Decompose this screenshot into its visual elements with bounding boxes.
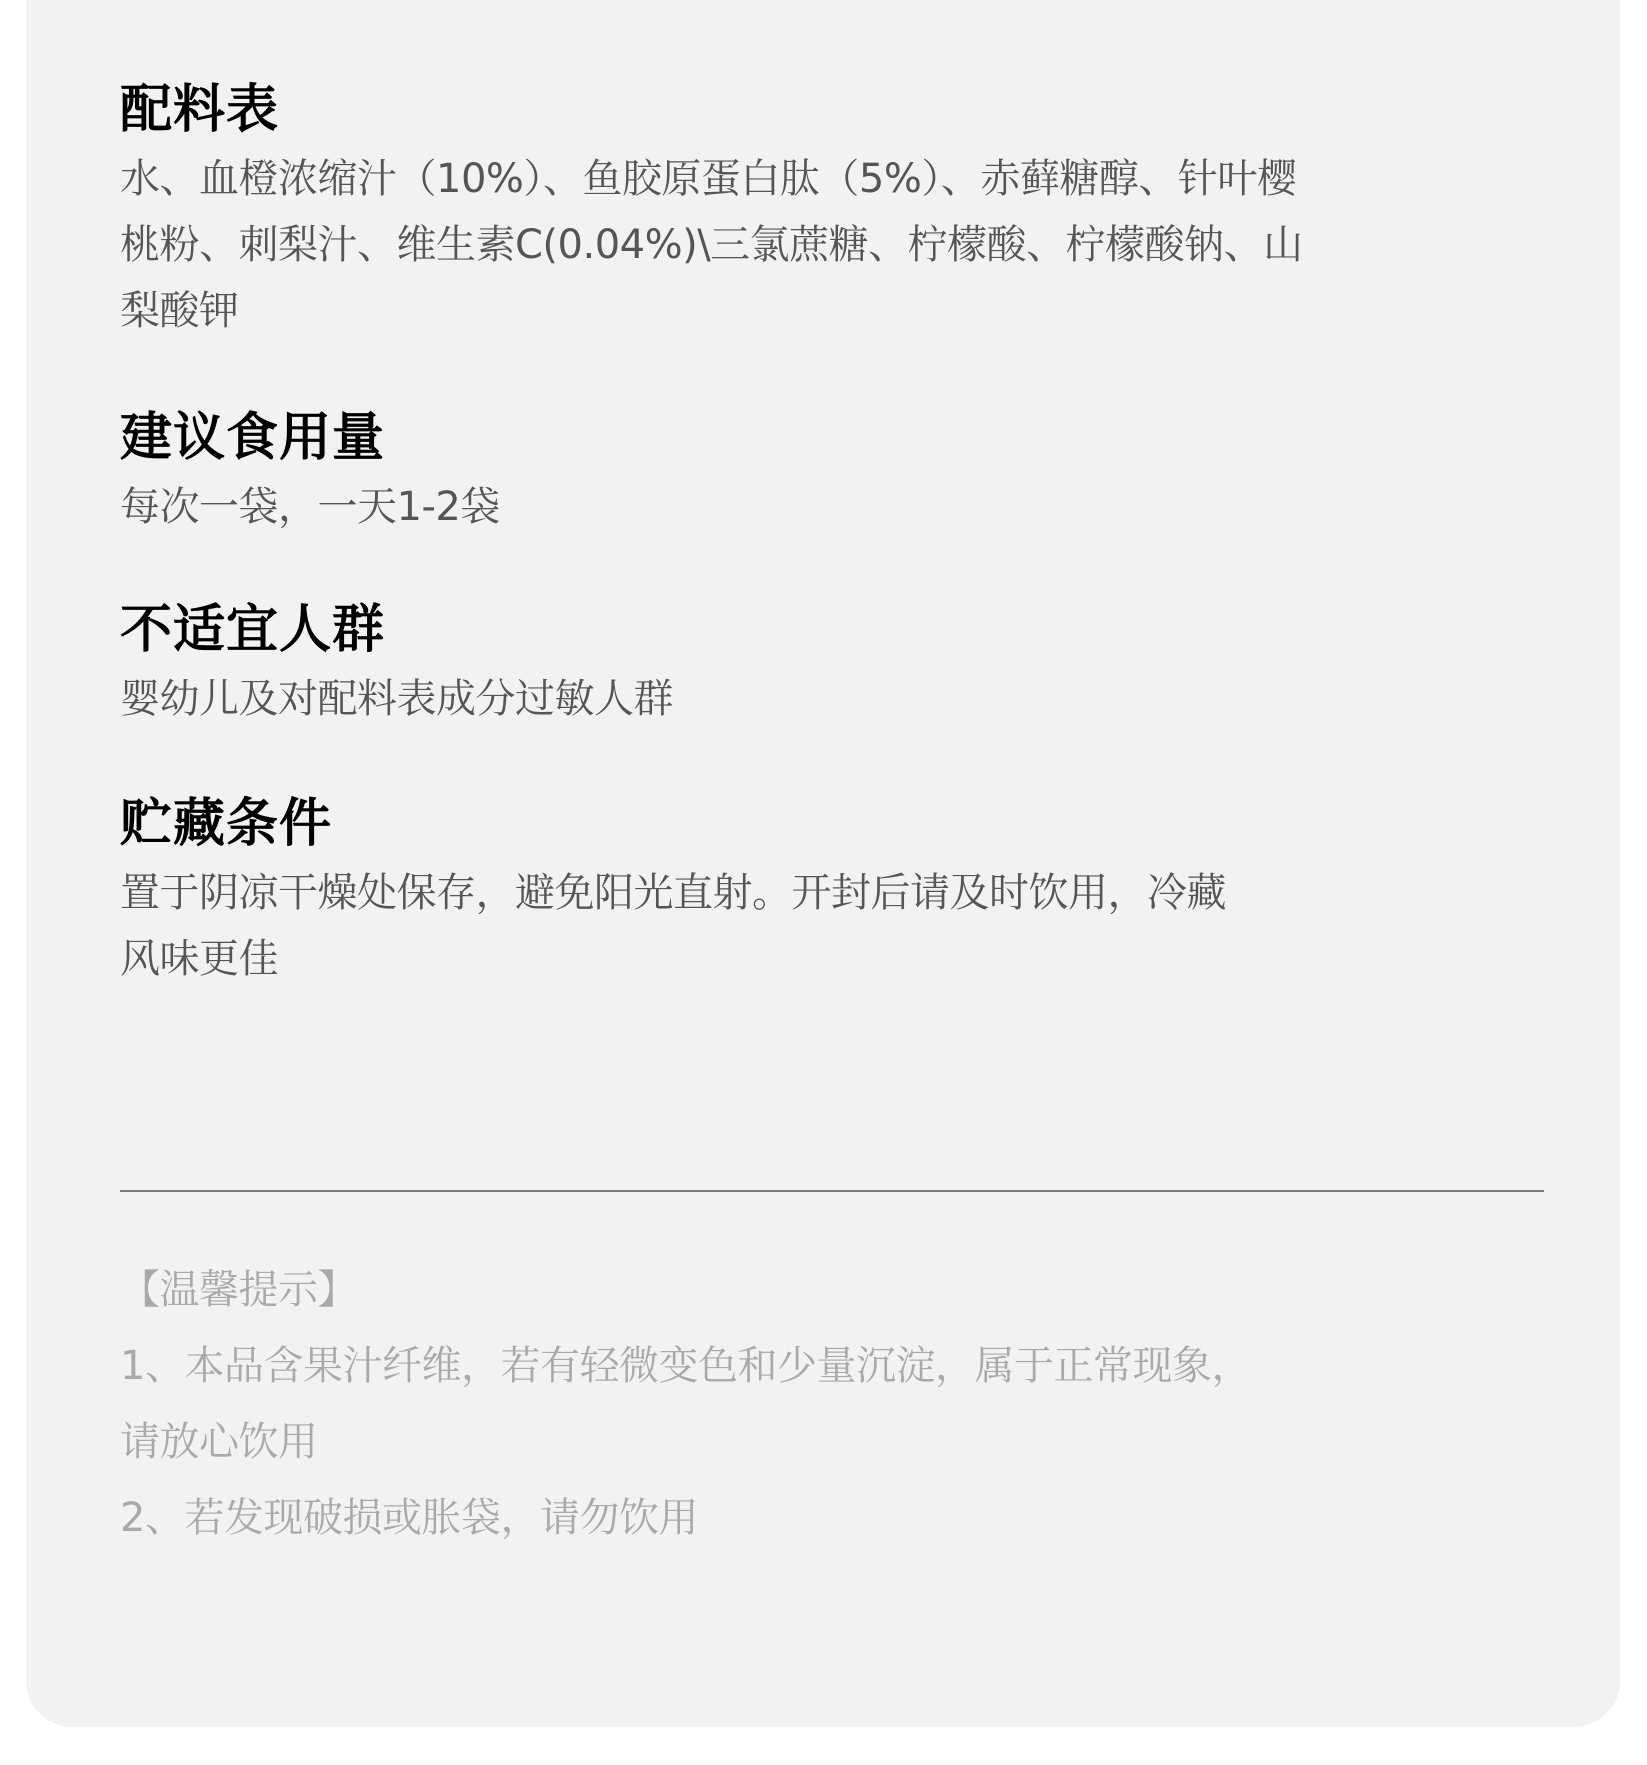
section-notice: 【温馨提示】 1、本品含果汁纤维，若有轻微变色和少量沉淀，属于正常现象， 请放心… [120,1252,1550,1556]
section-suggested-dosage: 建议食用量 每次一袋，一天1-2袋 [120,408,1550,540]
ingredients-line-3: 梨酸钾 [120,278,1550,344]
section-title-dosage: 建议食用量 [120,408,1550,468]
notice-line-3: 2、若发现破损或胀袋，请勿饮用 [120,1480,1550,1556]
notice-line-1: 1、本品含果汁纤维，若有轻微变色和少量沉淀，属于正常现象， [120,1328,1550,1404]
section-title-ingredients: 配料表 [120,80,1550,140]
ingredients-line-2: 桃粉、刺梨汁、维生素C(0.04%)\三氯蔗糖、柠檬酸、柠檬酸钠、山 [120,212,1550,278]
dosage-line-1: 每次一袋，一天1-2袋 [120,474,1550,540]
section-title-storage: 贮藏条件 [120,794,1550,854]
notice-line-2: 请放心饮用 [120,1404,1550,1480]
section-ingredients: 配料表 水、血橙浓缩汁（10%）、鱼胶原蛋白肽（5%）、赤藓糖醇、针叶樱 桃粉、… [120,80,1550,344]
storage-line-2: 风味更佳 [120,926,1550,992]
divider [120,1190,1544,1192]
unsuitable-line-1: 婴幼儿及对配料表成分过敏人群 [120,666,1550,732]
storage-line-1: 置于阴凉干燥处保存，避免阳光直射。开封后请及时饮用，冷藏 [120,860,1550,926]
notice-heading: 【温馨提示】 [120,1252,1550,1328]
section-storage: 贮藏条件 置于阴凉干燥处保存，避免阳光直射。开封后请及时饮用，冷藏 风味更佳 [120,794,1550,992]
section-unsuitable-groups: 不适宜人群 婴幼儿及对配料表成分过敏人群 [120,600,1550,732]
section-title-unsuitable: 不适宜人群 [120,600,1550,660]
ingredients-line-1: 水、血橙浓缩汁（10%）、鱼胶原蛋白肽（5%）、赤藓糖醇、针叶樱 [120,146,1550,212]
